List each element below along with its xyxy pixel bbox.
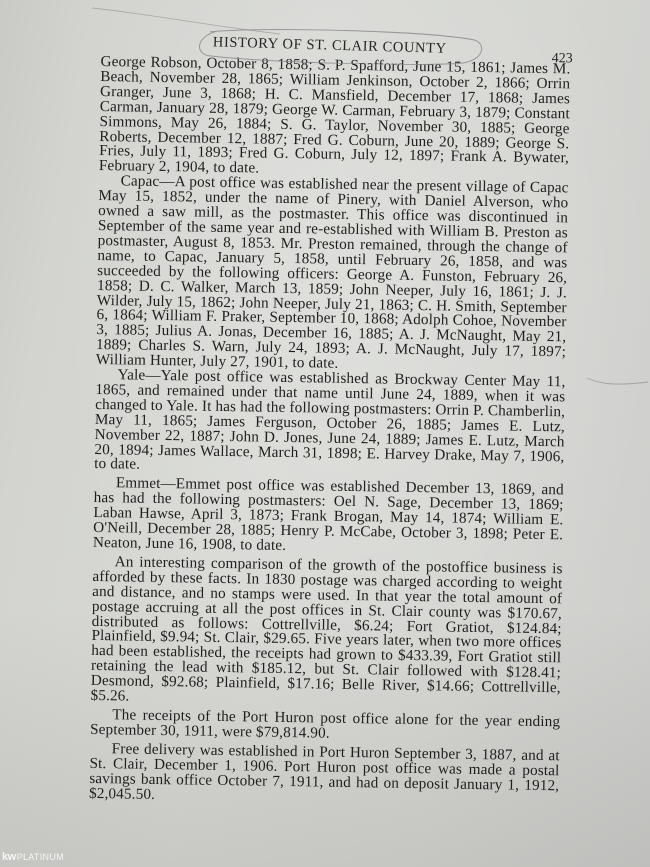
pencil-stroke-margin <box>585 370 650 400</box>
paragraph-postmasters-list: George Robson, October 8, 1858; S. P. Sp… <box>99 55 571 182</box>
watermark-label: PLATINUM <box>17 852 64 862</box>
paragraph-postoffice-growth: An interesting comparison of the growth … <box>90 555 562 711</box>
body-text: George Robson, October 8, 1858; S. P. Sp… <box>89 55 571 809</box>
book-page: HISTORY OF ST. CLAIR COUNTY 423 George R… <box>89 32 571 809</box>
paragraph-free-delivery: Free delivery was established in Port Hu… <box>89 742 560 809</box>
paragraph-port-huron-receipts: The receipts of the Port Huron post offi… <box>90 708 560 745</box>
paragraph-emmet: Emmet—Emmet post office was established … <box>93 476 564 558</box>
paragraph-capac: Capac—A post office was established near… <box>96 174 569 375</box>
kw-platinum-watermark: kw PLATINUM <box>2 851 64 863</box>
kw-logo: kw <box>2 851 16 863</box>
page-number: 423 <box>552 51 573 67</box>
paragraph-yale: Yale—Yale post office was established as… <box>94 368 566 480</box>
running-title: HISTORY OF ST. CLAIR COUNTY <box>213 34 447 58</box>
